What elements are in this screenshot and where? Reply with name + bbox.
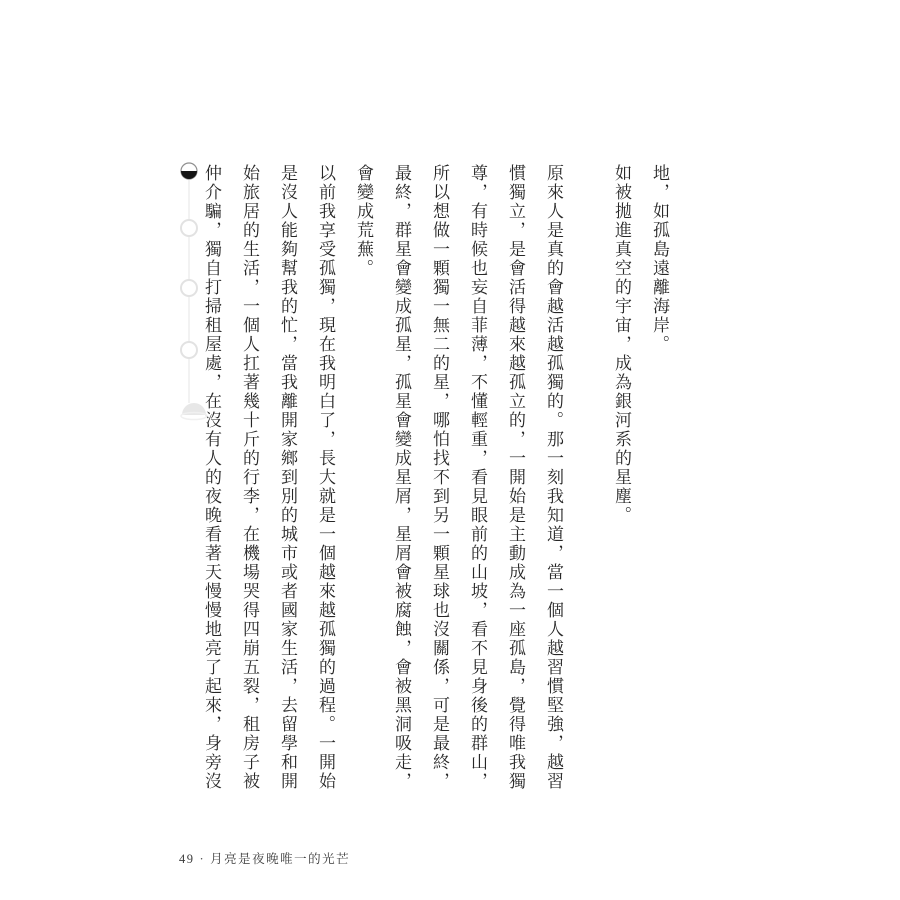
text-column: 慣獨立，是會活得越來越孤立的，一開始是主動成為一座孤島，覺得唯我獨: [496, 164, 534, 794]
paragraph: 以前我享受孤獨，現在我明白了，長大就是一個越來越孤獨的過程。一開始是沒人能夠幫我…: [192, 164, 344, 804]
paragraph: 原來人是真的會越活越孤獨的。那一刻我知道，當一個人越習慣堅強，越習慣獨立，是會活…: [344, 164, 572, 804]
paragraph: 地，如孤島遠離海岸。如被拋進真空的宇宙，成為銀河系的星塵。: [602, 164, 678, 804]
text-column: 如被拋進真空的宇宙，成為銀河系的星塵。: [602, 164, 640, 794]
text-column: 以前我享受孤獨，現在我明白了，長大就是一個越來越孤獨的過程。一開始: [306, 164, 344, 794]
moon-phase-timeline: [170, 158, 214, 432]
half-moon-icon: [181, 163, 197, 179]
faded-moon-icon: [181, 403, 207, 420]
new-moon-icon: [181, 342, 197, 358]
footer-separator: ·: [200, 852, 206, 866]
text-column: 所以想做一顆獨一無二的星，哪怕找不到另一顆星球也沒關係，可是最終，: [420, 164, 458, 794]
text-column: 尊，有時候也妄自菲薄，不懂輕重，看見眼前的山坡，看不見身後的群山，: [458, 164, 496, 794]
new-moon-icon: [181, 220, 197, 236]
book-page: 地，如孤島遠離海岸。如被拋進真空的宇宙，成為銀河系的星塵。原來人是真的會越活越孤…: [0, 0, 900, 900]
body-text: 地，如孤島遠離海岸。如被拋進真空的宇宙，成為銀河系的星塵。原來人是真的會越活越孤…: [192, 164, 678, 804]
text-column: 地，如孤島遠離海岸。: [640, 164, 678, 794]
text-column: 始旅居的生活，一個人扛著幾十斤的行李，在機場哭得四崩五裂，租房子被: [230, 164, 268, 794]
text-column: 原來人是真的會越活越孤獨的。那一刻我知道，當一個人越習慣堅強，越習: [534, 164, 572, 794]
page-number: 49: [179, 852, 195, 866]
book-title: 月亮是夜晚唯一的光芒: [210, 852, 350, 866]
page-footer: 49·月亮是夜晚唯一的光芒: [179, 849, 350, 867]
new-moon-icon: [181, 280, 197, 296]
text-column: 會變成荒蕪。: [344, 164, 382, 794]
text-column: 是沒人能夠幫我的忙，當我離開家鄉到別的城市或者國家生活，去留學和開: [268, 164, 306, 794]
text-column: 最終，群星會變成孤星，孤星會變成星屑，星屑會被腐蝕，會被黑洞吸走，: [382, 164, 420, 794]
